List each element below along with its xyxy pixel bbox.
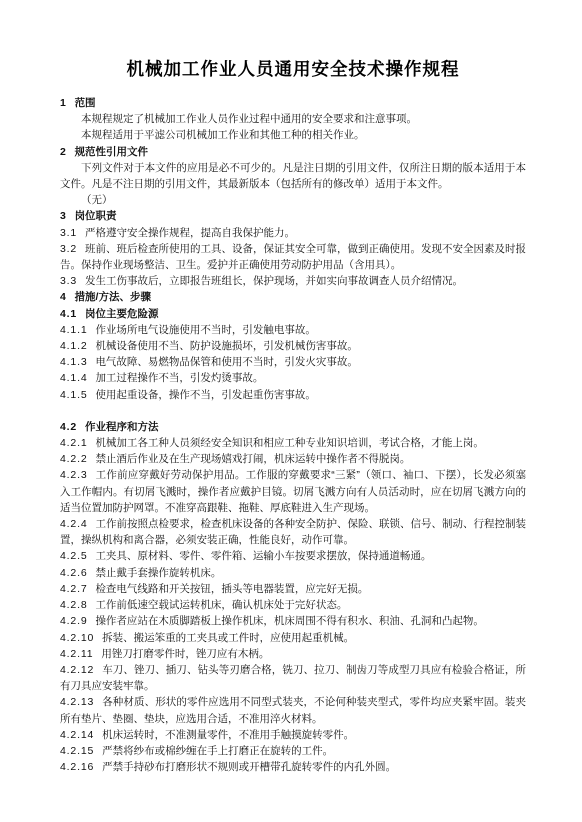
paragraph-text: 发生工伤事故后，立即报告班组长，保护现场，并如实向事故调查人员介绍情况。 (85, 275, 463, 287)
paragraph-text: 作业场所电气设施使用不当时，引发触电事故。 (95, 324, 316, 336)
doc-paragraph: 4.1.1作业场所电气设施使用不当时，引发触电事故。 (60, 322, 526, 338)
paragraph-text: 本规程适用于平滤公司机械加工作业和其他工种的相关作业。 (81, 129, 365, 141)
paragraph-text: 加工过程操作不当，引发灼烫事故。 (95, 372, 263, 384)
paragraph-number: 4.2.4 (60, 516, 88, 532)
doc-paragraph: 4.2.14机床运转时，不准测量零件，不准用手触摸旋转零件。 (60, 727, 526, 743)
paragraph-number: 3.3 (60, 273, 77, 289)
doc-paragraph: 4.1岗位主要危险源 (60, 306, 526, 322)
paragraph-text: 严格遵守安全操作规程，提高自我保护能力。 (85, 227, 295, 239)
paragraph-text: 工夹具、原材料、零件、零件箱、运输小车按要求摆放，保持通道畅通。 (95, 550, 431, 562)
doc-paragraph: 1范围 (60, 95, 526, 111)
paragraph-number: 3.1 (60, 225, 77, 241)
paragraph-number: 4.2.12 (60, 662, 94, 678)
paragraph-number: 4.1.5 (60, 387, 88, 403)
document-body: 1范围本规程规定了机械加工作业人员作业过程中通用的安全要求和注意事项。本规程适用… (60, 95, 526, 775)
doc-paragraph: （无） (60, 192, 526, 208)
paragraph-text: 各种材质、形状的零件应选用不同型式装夹，不论何种装夹型式，零件均应夹紧牢固。装夹… (60, 696, 526, 724)
paragraph-text: 机械加工各工种人员须经安全知识和相应工种专业知识培训，考试合格，才能上岗。 (95, 437, 484, 449)
paragraph-number: 4.1.4 (60, 370, 88, 386)
paragraph-number: 3 (60, 208, 67, 224)
doc-paragraph: 本规程适用于平滤公司机械加工作业和其他工种的相关作业。 (60, 127, 526, 143)
doc-paragraph: 4.1.2机械设备使用不当、防护设施损坏，引发机械伤害事故。 (60, 338, 526, 354)
paragraph-text: 措施/方法、步骤 (75, 291, 151, 303)
paragraph-number: 4.2.16 (60, 759, 94, 775)
paragraph-text: 严禁将纱布或棉纱缠在手上打磨正在旋转的工件。 (102, 745, 333, 757)
doc-paragraph: 4.2.1机械加工各工种人员须经安全知识和相应工种专业知识培训，考试合格，才能上… (60, 435, 526, 451)
doc-paragraph: 4.2.4工作前按照点检要求，检查机床设备的各种安全防护、保险、联锁、信号、制动… (60, 516, 526, 548)
doc-paragraph: 下列文件对于本文件的应用是必不可少的。凡是注日期的引用文件，仅所注日期的版本适用… (60, 160, 526, 192)
paragraph-text: 规范性引用文件 (75, 146, 149, 158)
document-page: 机械加工作业人员通用安全技术操作规程 1范围本规程规定了机械加工作业人员作业过程… (0, 0, 582, 822)
paragraph-text: 检查电气线路和开关按钮，插头等电器装置，应完好无损。 (95, 583, 368, 595)
paragraph-number: 4.1.1 (60, 322, 88, 338)
paragraph-number: 1 (60, 95, 67, 111)
paragraph-text: （无） (81, 194, 113, 206)
paragraph-text: 机械设备使用不当、防护设施损坏，引发机械伤害事故。 (95, 340, 358, 352)
paragraph-text: 下列文件对于本文件的应用是必不可少的。凡是注日期的引用文件，仅所注日期的版本适用… (60, 162, 526, 190)
doc-paragraph: 3.3发生工伤事故后，立即报告班组长，保护现场，并如实向事故调查人员介绍情况。 (60, 273, 526, 289)
doc-paragraph: 4.2.5工夹具、原材料、零件、零件箱、运输小车按要求摆放，保持通道畅通。 (60, 548, 526, 564)
paragraph-number: 4.2.14 (60, 727, 94, 743)
doc-paragraph: 4.1.4加工过程操作不当，引发灼烫事故。 (60, 370, 526, 386)
paragraph-text: 车刀、锉刀、插刀、钻头等刃磨合格，铣刀、拉刀、制齿刀等成型刀具应有检验合格证，所… (60, 664, 526, 692)
doc-paragraph: 4.2.12车刀、锉刀、插刀、钻头等刃磨合格，铣刀、拉刀、制齿刀等成型刀具应有检… (60, 662, 526, 694)
paragraph-number: 4.2.1 (60, 435, 88, 451)
doc-paragraph: 4.2.8工作前低速空载试运转机床，确认机床处于完好状态。 (60, 597, 526, 613)
doc-paragraph: 4.1.5使用起重设备，操作不当，引发起重伤害事故。 (60, 387, 526, 403)
doc-paragraph: 4.2作业程序和方法 (60, 419, 526, 435)
paragraph-text: 用锉刀打磨零件时，锉刀应有木柄。 (101, 648, 269, 660)
paragraph-number: 3.2 (60, 241, 77, 257)
doc-paragraph: 2规范性引用文件 (60, 144, 526, 160)
paragraph-number: 4.2.15 (60, 743, 94, 759)
paragraph-number: 4.2.8 (60, 597, 88, 613)
paragraph-text: 班前、班后检查所使用的工具、设备，保证其安全可靠，做到正确使用。发现不安全因素及… (60, 243, 526, 271)
doc-paragraph: 3.1严格遵守安全操作规程，提高自我保护能力。 (60, 225, 526, 241)
doc-paragraph: 4.2.3工作前应穿戴好劳动保护用品。工作服的穿戴要求“三紧”（领口、袖口、下摆… (60, 467, 526, 516)
page-title: 机械加工作业人员通用安全技术操作规程 (60, 56, 526, 81)
paragraph-number: 4.1.3 (60, 354, 88, 370)
paragraph-text: 工作前按照点检要求，检查机床设备的各种安全防护、保险、联锁、信号、制动、行程控制… (60, 518, 526, 546)
doc-paragraph: 3岗位职责 (60, 208, 526, 224)
paragraph-number: 4.2 (60, 419, 77, 435)
paragraph-text: 范围 (75, 97, 96, 109)
paragraph-number: 2 (60, 144, 67, 160)
paragraph-text: 电气故障、易燃物品保管和使用不当时，引发火灾事故。 (95, 356, 358, 368)
paragraph-number: 4.2.2 (60, 451, 88, 467)
paragraph-text: 作业程序和方法 (85, 421, 159, 433)
doc-paragraph: 4.2.11用锉刀打磨零件时，锉刀应有木柄。 (60, 646, 526, 662)
paragraph-number: 4.1 (60, 306, 77, 322)
doc-paragraph: 4.2.9操作者应站在木质脚踏板上操作机床，机床周围不得有积水、积油、孔洞和凸起… (60, 613, 526, 629)
paragraph-text: 岗位职责 (75, 210, 117, 222)
doc-paragraph: 4.2.6禁止戴手套操作旋转机床。 (60, 565, 526, 581)
paragraph-number: 4.2.11 (60, 646, 93, 662)
doc-paragraph: 4措施/方法、步骤 (60, 289, 526, 305)
paragraph-text: 工作前应穿戴好劳动保护用品。工作服的穿戴要求“三紧”（领口、袖口、下摆），长发必… (60, 469, 526, 513)
paragraph-text: 岗位主要危险源 (85, 308, 159, 320)
paragraph-number: 4.2.9 (60, 613, 88, 629)
paragraph-number: 4.2.6 (60, 565, 88, 581)
paragraph-text: 本规程规定了机械加工作业人员作业过程中通用的安全要求和注意事项。 (81, 113, 417, 125)
doc-paragraph: 4.2.10拆装、搬运笨重的工夹具或工件时，应使用起重机械。 (60, 630, 526, 646)
doc-paragraph: 本规程规定了机械加工作业人员作业过程中通用的安全要求和注意事项。 (60, 111, 526, 127)
paragraph-text: 机床运转时，不准测量零件，不准用手触摸旋转零件。 (102, 729, 354, 741)
doc-paragraph: 4.2.2禁止酒后作业及在生产现场嬉戏打闹，机床运转中操作者不得脱岗。 (60, 451, 526, 467)
paragraph-text: 禁止戴手套操作旋转机床。 (95, 567, 221, 579)
paragraph-text: 使用起重设备，操作不当，引发起重伤害事故。 (95, 389, 316, 401)
paragraph-number: 4.2.7 (60, 581, 88, 597)
doc-paragraph: 4.2.16严禁手持砂布打磨形状不规则或开槽带孔旋转零件的内孔外圆。 (60, 759, 526, 775)
paragraph-text: 禁止酒后作业及在生产现场嬉戏打闹，机床运转中操作者不得脱岗。 (95, 453, 410, 465)
doc-paragraph: 4.1.3电气故障、易燃物品保管和使用不当时，引发火灾事故。 (60, 354, 526, 370)
paragraph-text: 严禁手持砂布打磨形状不规则或开槽带孔旋转零件的内孔外圆。 (102, 761, 396, 773)
doc-paragraph: 4.2.15严禁将纱布或棉纱缠在手上打磨正在旋转的工件。 (60, 743, 526, 759)
paragraph-number: 4.2.3 (60, 467, 88, 483)
paragraph-number: 4.2.5 (60, 548, 88, 564)
doc-paragraph: 4.2.13各种材质、形状的零件应选用不同型式装夹，不论何种装夹型式，零件均应夹… (60, 694, 526, 726)
paragraph-number: 4.1.2 (60, 338, 88, 354)
doc-paragraph: 4.2.7检查电气线路和开关按钮，插头等电器装置，应完好无损。 (60, 581, 526, 597)
paragraph-number: 4.2.10 (60, 630, 94, 646)
paragraph-text: 操作者应站在木质脚踏板上操作机床，机床周围不得有积水、积油、孔洞和凸起物。 (95, 615, 484, 627)
paragraph-text: 工作前低速空载试运转机床，确认机床处于完好状态。 (95, 599, 347, 611)
paragraph-text: 拆装、搬运笨重的工夹具或工件时，应使用起重机械。 (102, 632, 354, 644)
paragraph-number: 4 (60, 289, 67, 305)
doc-paragraph: 3.2班前、班后检查所使用的工具、设备，保证其安全可靠，做到正确使用。发现不安全… (60, 241, 526, 273)
paragraph-number: 4.2.13 (60, 694, 94, 710)
